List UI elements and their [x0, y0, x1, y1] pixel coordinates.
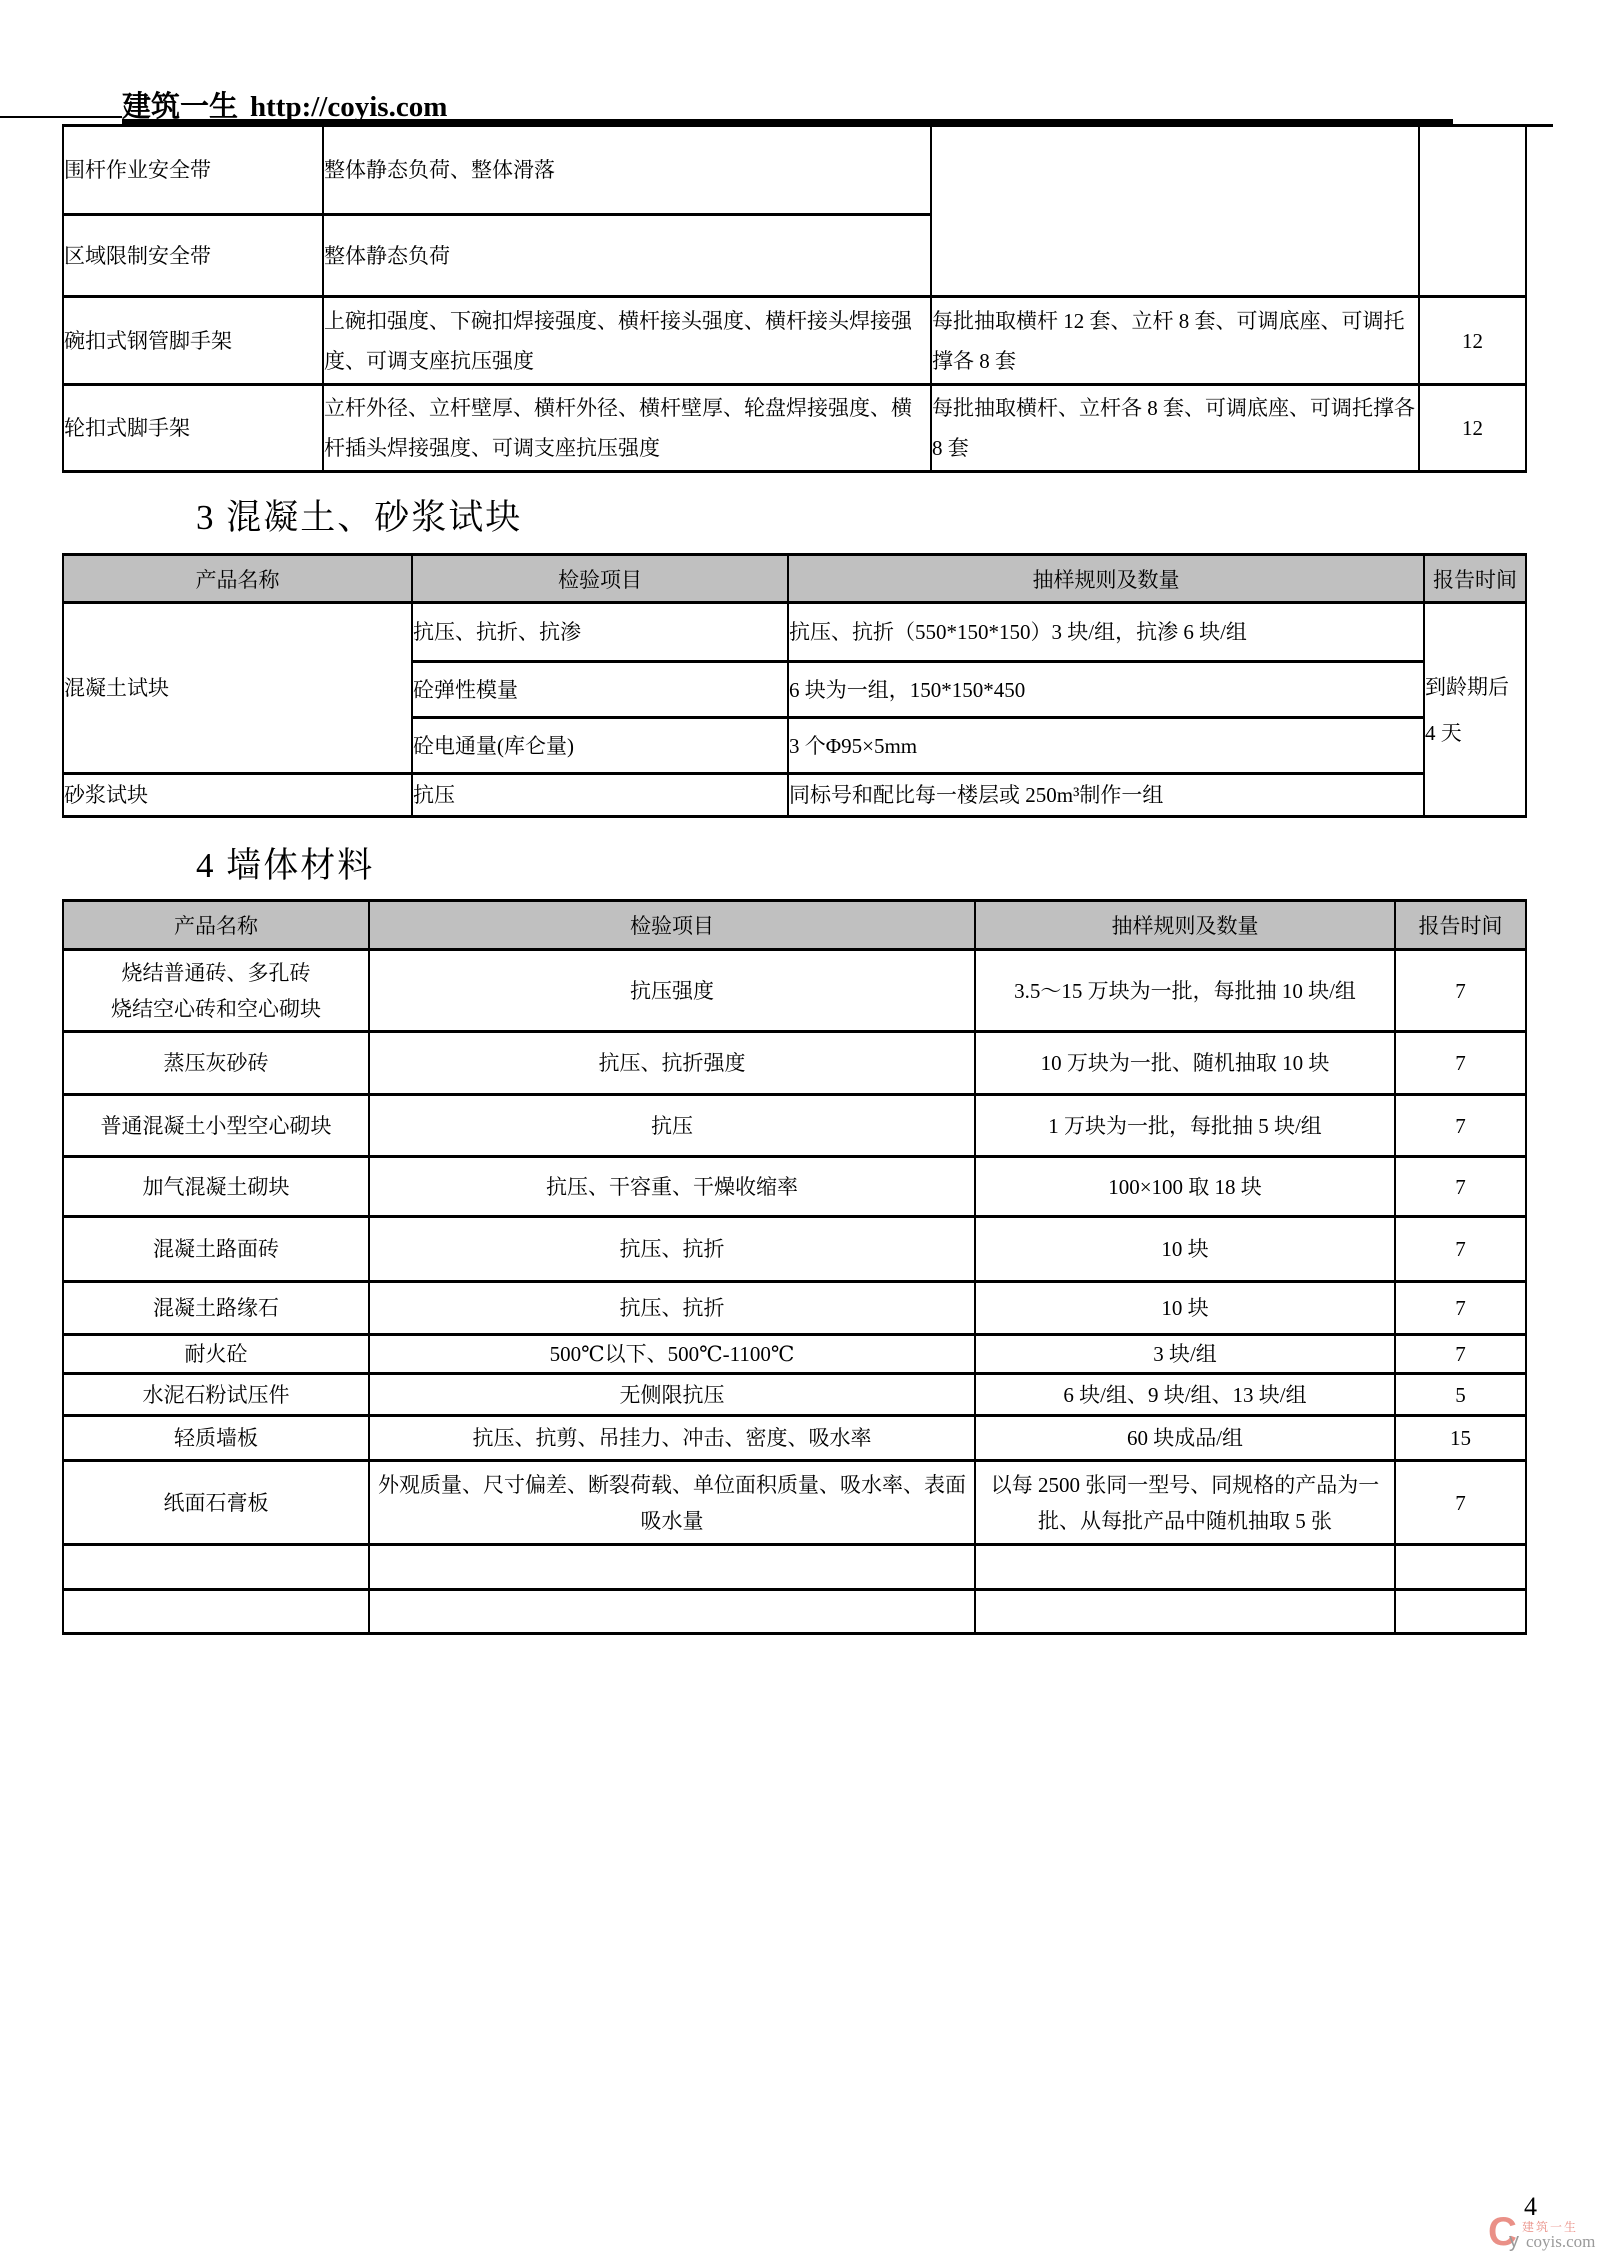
- col-header-product: 产品名称: [63, 555, 412, 603]
- cell-report-time: 7: [1395, 1095, 1526, 1157]
- cell-report-time: 7: [1395, 1461, 1526, 1545]
- cell-test-items: [369, 1590, 975, 1634]
- col-header-test-items: 检验项目: [369, 901, 975, 950]
- cell-report-time: [1395, 1590, 1526, 1634]
- table-header-row: 产品名称 检验项目 抽样规则及数量 报告时间: [63, 901, 1526, 950]
- cell-test-items: 砼电通量(库仑量): [412, 718, 788, 774]
- table-row: 耐火砼 500℃以下、500℃-1100℃ 3 块/组 7: [63, 1335, 1526, 1374]
- table-row: 轻质墙板 抗压、抗剪、吊挂力、冲击、密度、吸水率 60 块成品/组 15: [63, 1416, 1526, 1461]
- watermark-y-icon: y: [1509, 2230, 1519, 2253]
- cell-test-items: 立杆外径、立杆壁厚、横杆外径、横杆壁厚、轮盘焊接强度、横杆插头焊接强度、可调支座…: [323, 385, 931, 472]
- table-row: 蒸压灰砂砖 抗压、抗折强度 10 万块为一批、随机抽取 10 块 7: [63, 1032, 1526, 1095]
- wall-materials-table: 产品名称 检验项目 抽样规则及数量 报告时间 烧结普通砖、多孔砖 烧结空心砖和空…: [62, 899, 1527, 1635]
- cell-sampling: [975, 1590, 1395, 1634]
- cell-test-items: 抗压、抗折强度: [369, 1032, 975, 1095]
- table-row-empty: [63, 1590, 1526, 1634]
- cell-report-merged: [1419, 126, 1526, 297]
- concrete-mortar-table: 产品名称 检验项目 抽样规则及数量 报告时间 混凝土试块 抗压、抗折、抗渗 抗压…: [62, 553, 1527, 818]
- scaffold-safety-table: 围杆作业安全带 整体静态负荷、整体滑落 区域限制安全带 整体静态负荷 碗扣式钢管…: [62, 124, 1527, 473]
- cell-report-time: 5: [1395, 1374, 1526, 1416]
- cell-test-items: 500℃以下、500℃-1100℃: [369, 1335, 975, 1374]
- cell-product: 碗扣式钢管脚手架: [63, 297, 323, 385]
- cell-product: 蒸压灰砂砖: [63, 1032, 369, 1095]
- cell-sampling: 6 块/组、9 块/组、13 块/组: [975, 1374, 1395, 1416]
- cell-product: 区域限制安全带: [63, 215, 323, 297]
- cell-product: 轮扣式脚手架: [63, 385, 323, 472]
- cell-test-items: 外观质量、尺寸偏差、断裂荷载、单位面积质量、吸水率、表面吸水量: [369, 1461, 975, 1545]
- cell-test-items: 上碗扣强度、下碗扣焊接强度、横杆接头强度、横杆接头焊接强度、可调支座抗压强度: [323, 297, 931, 385]
- cell-test-items: 砼弹性模量: [412, 662, 788, 718]
- cell-product: 水泥石粉试压件: [63, 1374, 369, 1416]
- site-name: 建筑一生: [122, 91, 238, 123]
- cell-product: 耐火砼: [63, 1335, 369, 1374]
- section-heading-wall: 4 墙体材料: [196, 838, 374, 888]
- cell-test-items: 抗压: [369, 1095, 975, 1157]
- cell-report-time: 12: [1419, 297, 1526, 385]
- cell-test-items: 无侧限抗压: [369, 1374, 975, 1416]
- cell-sampling: 10 块: [975, 1282, 1395, 1335]
- table-row: 纸面石膏板 外观质量、尺寸偏差、断裂荷载、单位面积质量、吸水率、表面吸水量 以每…: [63, 1461, 1526, 1545]
- cell-test-items: 抗压: [412, 774, 788, 817]
- table-row: 普通混凝土小型空心砌块 抗压 1 万块为一批，每批抽 5 块/组 7: [63, 1095, 1526, 1157]
- cell-report-time: 7: [1395, 1282, 1526, 1335]
- cell-product: 普通混凝土小型空心砌块: [63, 1095, 369, 1157]
- cell-sampling: 100×100 取 18 块: [975, 1157, 1395, 1217]
- cell-sampling: 每批抽取横杆 12 套、立杆 8 套、可调底座、可调托撑各 8 套: [931, 297, 1419, 385]
- cell-product: 加气混凝土砌块: [63, 1157, 369, 1217]
- cell-test-items: 抗压、干容重、干燥收缩率: [369, 1157, 975, 1217]
- cell-report-time: 7: [1395, 1157, 1526, 1217]
- cell-sampling: 抗压、抗折（550*150*150）3 块/组，抗渗 6 块/组: [788, 603, 1424, 662]
- table-row: 混凝土路缘石 抗压、抗折 10 块 7: [63, 1282, 1526, 1335]
- cell-sampling: 60 块成品/组: [975, 1416, 1395, 1461]
- site-url: http://coyis.com: [250, 91, 447, 123]
- table-row: 烧结普通砖、多孔砖 烧结空心砖和空心砌块 抗压强度 3.5～15 万块为一批，每…: [63, 950, 1526, 1032]
- table-header-row: 产品名称 检验项目 抽样规则及数量 报告时间: [63, 555, 1526, 603]
- table-row: 加气混凝土砌块 抗压、干容重、干燥收缩率 100×100 取 18 块 7: [63, 1157, 1526, 1217]
- cell-test-items: 抗压强度: [369, 950, 975, 1032]
- table-row-empty: [63, 1545, 1526, 1590]
- cell-sampling-merged: [931, 126, 1419, 297]
- col-header-test-items: 检验项目: [412, 555, 788, 603]
- cell-report-time: [1395, 1545, 1526, 1590]
- cell-test-items: 整体静态负荷、整体滑落: [323, 126, 931, 215]
- site-header: 建筑一生http://coyis.com: [122, 84, 447, 125]
- cell-sampling: [975, 1545, 1395, 1590]
- cell-report-time: 15: [1395, 1416, 1526, 1461]
- cell-test-items: 抗压、抗折: [369, 1217, 975, 1282]
- cell-report-merged: 到龄期后 4 天: [1424, 603, 1526, 817]
- table-row: 轮扣式脚手架 立杆外径、立杆壁厚、横杆外径、横杆壁厚、轮盘焊接强度、横杆插头焊接…: [63, 385, 1526, 472]
- col-header-report-time: 报告时间: [1424, 555, 1526, 603]
- watermark-logo: C y 建筑一生 coyis.com: [1488, 2212, 1598, 2260]
- cell-report-time: 7: [1395, 950, 1526, 1032]
- cell-report-time: 7: [1395, 1217, 1526, 1282]
- col-header-sampling: 抽样规则及数量: [975, 901, 1395, 950]
- cell-test-items: 整体静态负荷: [323, 215, 931, 297]
- cell-product-concrete: 混凝土试块: [63, 603, 412, 774]
- watermark-site-url: coyis.com: [1526, 2232, 1595, 2252]
- cell-product: 混凝土路缘石: [63, 1282, 369, 1335]
- cell-sampling: 3 个Φ95×5mm: [788, 718, 1424, 774]
- cell-sampling: 同标号和配比每一楼层或 250m³制作一组: [788, 774, 1424, 817]
- cell-product: 围杆作业安全带: [63, 126, 323, 215]
- cell-product: 烧结普通砖、多孔砖 烧结空心砖和空心砌块: [63, 950, 369, 1032]
- table-row: 围杆作业安全带 整体静态负荷、整体滑落: [63, 126, 1526, 215]
- cell-test-items: 抗压、抗折: [369, 1282, 975, 1335]
- cell-sampling: 3.5～15 万块为一批，每批抽 10 块/组: [975, 950, 1395, 1032]
- cell-report-time: 7: [1395, 1335, 1526, 1374]
- cell-test-items: 抗压、抗剪、吊挂力、冲击、密度、吸水率: [369, 1416, 975, 1461]
- cell-product-mortar: 砂浆试块: [63, 774, 412, 817]
- cell-sampling: 6 块为一组，150*150*450: [788, 662, 1424, 718]
- col-header-product: 产品名称: [63, 901, 369, 950]
- cell-product: 混凝土路面砖: [63, 1217, 369, 1282]
- cell-test-items: 抗压、抗折、抗渗: [412, 603, 788, 662]
- cell-product: 纸面石膏板: [63, 1461, 369, 1545]
- cell-product: [63, 1590, 369, 1634]
- col-header-report-time: 报告时间: [1395, 901, 1526, 950]
- cell-sampling: 以每 2500 张同一型号、同规格的产品为一批、从每批产品中随机抽取 5 张: [975, 1461, 1395, 1545]
- table-border-overshoot: [1525, 124, 1553, 127]
- cell-product: [63, 1545, 369, 1590]
- table-row: 混凝土试块 抗压、抗折、抗渗 抗压、抗折（550*150*150）3 块/组，抗…: [63, 603, 1526, 662]
- cell-sampling: 10 万块为一批、随机抽取 10 块: [975, 1032, 1395, 1095]
- cell-product: 轻质墙板: [63, 1416, 369, 1461]
- section-heading-concrete: 3 混凝土、砂浆试块: [196, 490, 522, 540]
- header-rule-left: [0, 116, 122, 118]
- document-page: 建筑一生http://coyis.com 围杆作业安全带 整体静态负荷、整体滑落…: [0, 0, 1600, 2262]
- table-row: 砂浆试块 抗压 同标号和配比每一楼层或 250m³制作一组: [63, 774, 1526, 817]
- table-row: 混凝土路面砖 抗压、抗折 10 块 7: [63, 1217, 1526, 1282]
- cell-sampling: 3 块/组: [975, 1335, 1395, 1374]
- cell-report-time: 12: [1419, 385, 1526, 472]
- col-header-sampling: 抽样规则及数量: [788, 555, 1424, 603]
- table-row: 水泥石粉试压件 无侧限抗压 6 块/组、9 块/组、13 块/组 5: [63, 1374, 1526, 1416]
- cell-sampling: 10 块: [975, 1217, 1395, 1282]
- table-row: 碗扣式钢管脚手架 上碗扣强度、下碗扣焊接强度、横杆接头强度、横杆接头焊接强度、可…: [63, 297, 1526, 385]
- cell-sampling: 每批抽取横杆、立杆各 8 套、可调底座、可调托撑各 8 套: [931, 385, 1419, 472]
- cell-report-time: 7: [1395, 1032, 1526, 1095]
- cell-sampling: 1 万块为一批，每批抽 5 块/组: [975, 1095, 1395, 1157]
- cell-test-items: [369, 1545, 975, 1590]
